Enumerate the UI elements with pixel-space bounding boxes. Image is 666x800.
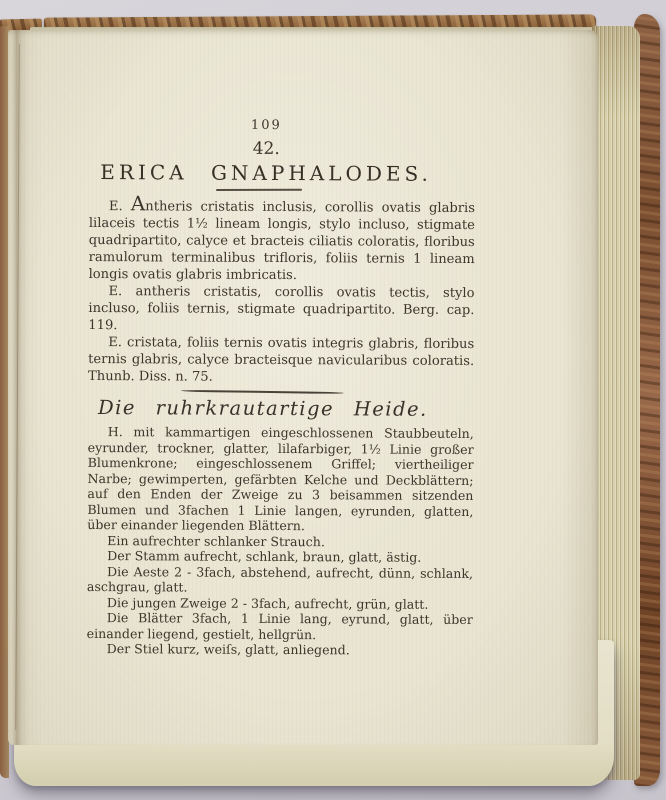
- german-common-name-heading: Die ruhrkrautartige Heide.: [70, 396, 456, 422]
- latin-paragraph-2: E. antheris cristatis, corollis ovatis t…: [88, 283, 474, 336]
- page-text-block: 109 42. ERICA GNAPHALODES. E. Antheris c…: [87, 117, 476, 659]
- latin-paragraph-1: E. Antheris cristatis inclusis, corollis…: [89, 198, 475, 285]
- page-number: 109: [73, 117, 459, 134]
- german-paragraph-stiel: Der Stiel kurz, weiſs, glatt, anliegend.: [87, 641, 473, 659]
- latin-p1-initial-capital: A: [131, 191, 146, 215]
- entry-number: 42.: [73, 139, 459, 160]
- title-underline-rule: [216, 189, 302, 191]
- latin-p1-prefix: E.: [109, 199, 131, 214]
- species-title: ERICA GNAPHALODES.: [73, 161, 459, 185]
- section-divider-rule: [180, 390, 343, 394]
- german-paragraph-blaetter: Die Blätter 3fach, 1 Linie lang, eyrund,…: [87, 610, 473, 643]
- book-page: 109 42. ERICA GNAPHALODES. E. Antheris c…: [8, 30, 598, 745]
- latin-p1-text: ntheris cristatis inclusis, corollis ova…: [89, 199, 475, 283]
- german-paragraph-description: H. mit kammartigen eingeschlossenen Stau…: [87, 424, 474, 535]
- page-gutter-shadow: [12, 30, 28, 745]
- german-paragraph-aeste: Die Aeste 2 - 3fach, abstehend, aufrecht…: [87, 563, 473, 596]
- latin-paragraph-3: E. cristata, foliis ternis ovatis integr…: [88, 334, 474, 387]
- book-photograph: 109 42. ERICA GNAPHALODES. E. Antheris c…: [0, 0, 666, 800]
- german-paragraph-stamm: Der Stamm aufrecht, schlank, braun, glat…: [87, 548, 473, 566]
